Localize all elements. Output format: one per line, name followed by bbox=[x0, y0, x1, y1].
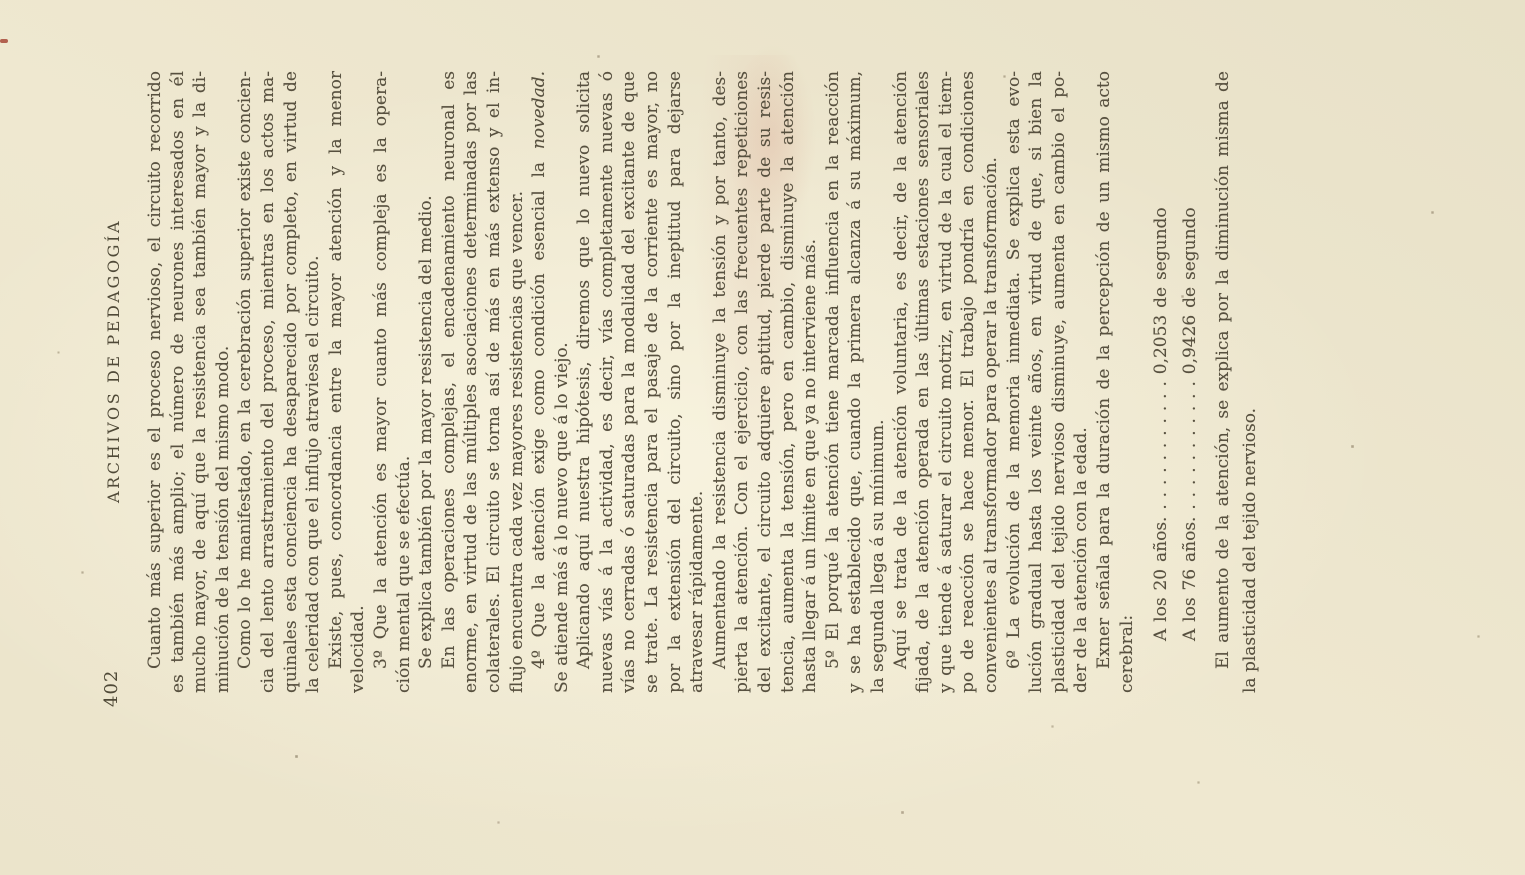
text-line: 5º El porqué la atención tiene marcada i… bbox=[822, 71, 845, 693]
text-line: Como lo he manifestado, en la cerebració… bbox=[234, 71, 257, 693]
text-line: velocidad. bbox=[347, 71, 370, 693]
text-line: hasta llegar á un límite en que ya no in… bbox=[799, 71, 822, 693]
text-line: Se atiende más á lo nuevo que á lo viejo… bbox=[551, 71, 574, 693]
text-line: El aumento de la atención, se explica po… bbox=[1212, 71, 1235, 693]
text-line: colaterales. El circuito se torna así de… bbox=[483, 71, 506, 693]
page-text: Cuanto más superior es el proceso nervio… bbox=[144, 71, 1262, 693]
text-line: lución gradual hasta los veinte años, en… bbox=[1025, 71, 1048, 693]
scanned-book-page: 402 ARCHIVOS DE PEDAGOGÍA Cuanto más sup… bbox=[0, 0, 1525, 875]
text-line: flujo encuentra cada vez mayores resiste… bbox=[506, 71, 529, 693]
text-segment: 4º Que la atención exige como condición … bbox=[529, 149, 549, 669]
text-line: Aumentando la resistencia disminuye la t… bbox=[709, 71, 732, 693]
text-line: atravesar rápidamente. bbox=[686, 71, 709, 693]
text-line: enorme, en virtud de las múltiples asoci… bbox=[460, 71, 483, 693]
text-line: y que tiende á saturar el circuito motri… bbox=[935, 71, 958, 693]
text-line: A los 76 años. . . . . . . . . . . . 0,9… bbox=[1179, 71, 1202, 693]
text-line: mucho mayor, de aquí que la resistencia … bbox=[189, 71, 212, 693]
text-line: fijada, de la atención operada en las úl… bbox=[912, 71, 935, 693]
text-line: 3º Que la atención es mayor cuanto más c… bbox=[370, 71, 393, 693]
text-line: convenientes al transformador para opera… bbox=[980, 71, 1003, 693]
text-line: 4º Que la atención exige como condición … bbox=[528, 71, 551, 693]
text-line: del excitante, el circuito adquiere apti… bbox=[754, 71, 777, 693]
text-line: 6º La evolución de la memoria inmediata.… bbox=[1003, 71, 1026, 693]
paper-fiber-mark bbox=[0, 39, 8, 43]
text-line: Existe, pues, concordancia entre la mayo… bbox=[325, 71, 348, 693]
text-line: es también más amplio; el número de neur… bbox=[167, 71, 190, 693]
text-line: por la extensión del circuito, sino por … bbox=[664, 71, 687, 693]
text-line: En las operaciones complejas, el encaden… bbox=[438, 71, 461, 693]
text-line: la celeridad con que el influjo atravies… bbox=[302, 71, 325, 693]
text-line: pierta la atención. Con el ejercicio, co… bbox=[731, 71, 754, 693]
page-number: 402 bbox=[101, 670, 122, 707]
text-line: plasticidad del tejido nervioso disminuy… bbox=[1048, 71, 1071, 693]
text-line: Exner señala para la duración de la perc… bbox=[1093, 71, 1116, 693]
text-line: la plasticidad del tejido nervioso. bbox=[1239, 71, 1262, 693]
text-line: minución de la tensión del mismo modo. bbox=[212, 71, 235, 693]
text-line: Aplicando aquí nuestra hipótesis, diremo… bbox=[573, 71, 596, 693]
text-line: quinales esta conciencia ha desaparecido… bbox=[280, 71, 303, 693]
text-line: ción mental que se efectúa. bbox=[393, 71, 416, 693]
italic-term: novedad. bbox=[529, 71, 549, 149]
text-line: cia del lento arrastramiento del proceso… bbox=[257, 71, 280, 693]
page-surface: 402 ARCHIVOS DE PEDAGOGÍA Cuanto más sup… bbox=[0, 0, 1525, 875]
text-line: tencia, aumenta la tensión, pero en camb… bbox=[777, 71, 800, 693]
text-line: se trate. La resistencia para el pasaje … bbox=[641, 71, 664, 693]
text-line: Se explica también por la mayor resisten… bbox=[415, 71, 438, 693]
text-line: la segunda llega á su mínimum. bbox=[867, 71, 890, 693]
text-line: po de reacción se hace menor. El trabajo… bbox=[957, 71, 980, 693]
text-line: y se ha establecido que, cuando la prime… bbox=[844, 71, 867, 693]
text-line: Cuanto más superior es el proceso nervio… bbox=[144, 71, 167, 693]
text-line: nuevas vías á la actividad, es decir, ví… bbox=[596, 71, 619, 693]
text-line: A los 20 años. . . . . . . . . . . . 0,2… bbox=[1150, 71, 1173, 693]
text-line: vías no cerradas ó saturadas para la mod… bbox=[618, 71, 641, 693]
running-header: ARCHIVOS DE PEDAGOGÍA bbox=[104, 231, 123, 503]
text-line: cerebral: bbox=[1116, 71, 1139, 693]
text-line: Aquí se trata de la atención voluntaria,… bbox=[890, 71, 913, 693]
text-line: der de la atención con la edad. bbox=[1070, 71, 1093, 693]
